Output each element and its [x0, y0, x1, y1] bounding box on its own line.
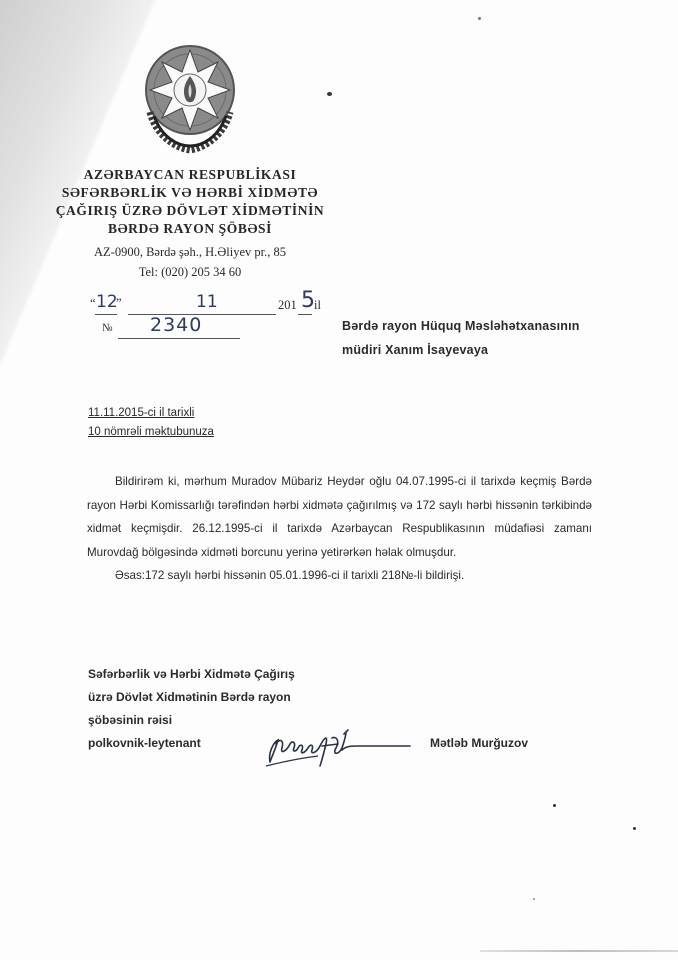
- org-line-4: BƏRDƏ RAYON ŞÖBƏSİ: [40, 220, 340, 238]
- year-underline: [298, 314, 312, 315]
- paper-speck: [478, 17, 481, 20]
- date-year-suffix: 5: [301, 288, 315, 313]
- org-line-3: ÇAĞIRIŞ ÜZRƏ DÖVLƏT XİDMƏTİNİN: [40, 202, 340, 220]
- outgoing-date: “ 12 ” 11 201 5 il: [80, 296, 340, 318]
- body-paragraph-1: Bildirirəm ki, mərhum Muradov Mübariz He…: [87, 470, 592, 564]
- reference: 11.11.2015-ci il tarixli 10 nömrəli məkt…: [88, 404, 214, 442]
- date-year-label: il: [314, 298, 321, 313]
- reference-line-2: 10 nömrəli məktubunuza: [88, 423, 214, 442]
- signer-name: Mətləb Murğuzov: [430, 736, 528, 750]
- state-emblem-icon: [142, 42, 238, 156]
- date-month: 11: [196, 292, 218, 312]
- org-line-2: SƏFƏRBƏRLİK VƏ HƏRBİ XİDMƏTƏ: [40, 184, 340, 202]
- page-bottom-edge: [480, 950, 678, 952]
- recipient-line-1: Bərdə rayon Hüquq Məsləhətxanasının: [342, 314, 580, 338]
- number-value: 2340: [150, 314, 202, 336]
- handwritten-signature-icon: [262, 722, 412, 772]
- letter-body: Bildirirəm ki, mərhum Muradov Mübariz He…: [87, 470, 592, 588]
- date-year-prefix: 201: [278, 298, 297, 313]
- body-paragraph-2: Əsas:172 saylı hərbi hissənin 05.01.1996…: [87, 564, 592, 588]
- day-underline: [95, 314, 117, 315]
- outgoing-number: № 2340: [80, 318, 340, 342]
- recipient: Bərdə rayon Hüquq Məsləhətxanasının müdi…: [342, 314, 580, 362]
- reference-line-1: 11.11.2015-ci il tarixli: [88, 404, 214, 423]
- paper-speck: [633, 827, 636, 830]
- recipient-line-2: müdiri Xanım İsayevaya: [342, 338, 580, 362]
- org-line-1: AZƏRBAYCAN RESPUBLİKASI: [40, 166, 340, 184]
- signatory-title-line-2: üzrə Dövlət Xidmətinin Bərdə rayon: [88, 686, 295, 709]
- signatory-title-line-1: Səfərbərlik və Hərbi Xidmətə Çağırış: [88, 663, 295, 686]
- org-header: AZƏRBAYCAN RESPUBLİKASI SƏFƏRBƏRLİK VƏ H…: [40, 166, 340, 238]
- paper-speck: [327, 92, 332, 96]
- number-label: №: [102, 322, 113, 334]
- date-day: 12: [96, 292, 118, 312]
- paper-speck: [533, 898, 535, 900]
- document-page: AZƏRBAYCAN RESPUBLİKASI SƏFƏRBƏRLİK VƏ H…: [0, 0, 678, 960]
- paper-speck: [553, 804, 556, 807]
- org-phone: Tel: (020) 205 34 60: [40, 265, 340, 280]
- org-address: AZ-0900, Bərdə şəh., H.Əliyev pr., 85: [40, 245, 340, 260]
- number-underline: [118, 338, 240, 339]
